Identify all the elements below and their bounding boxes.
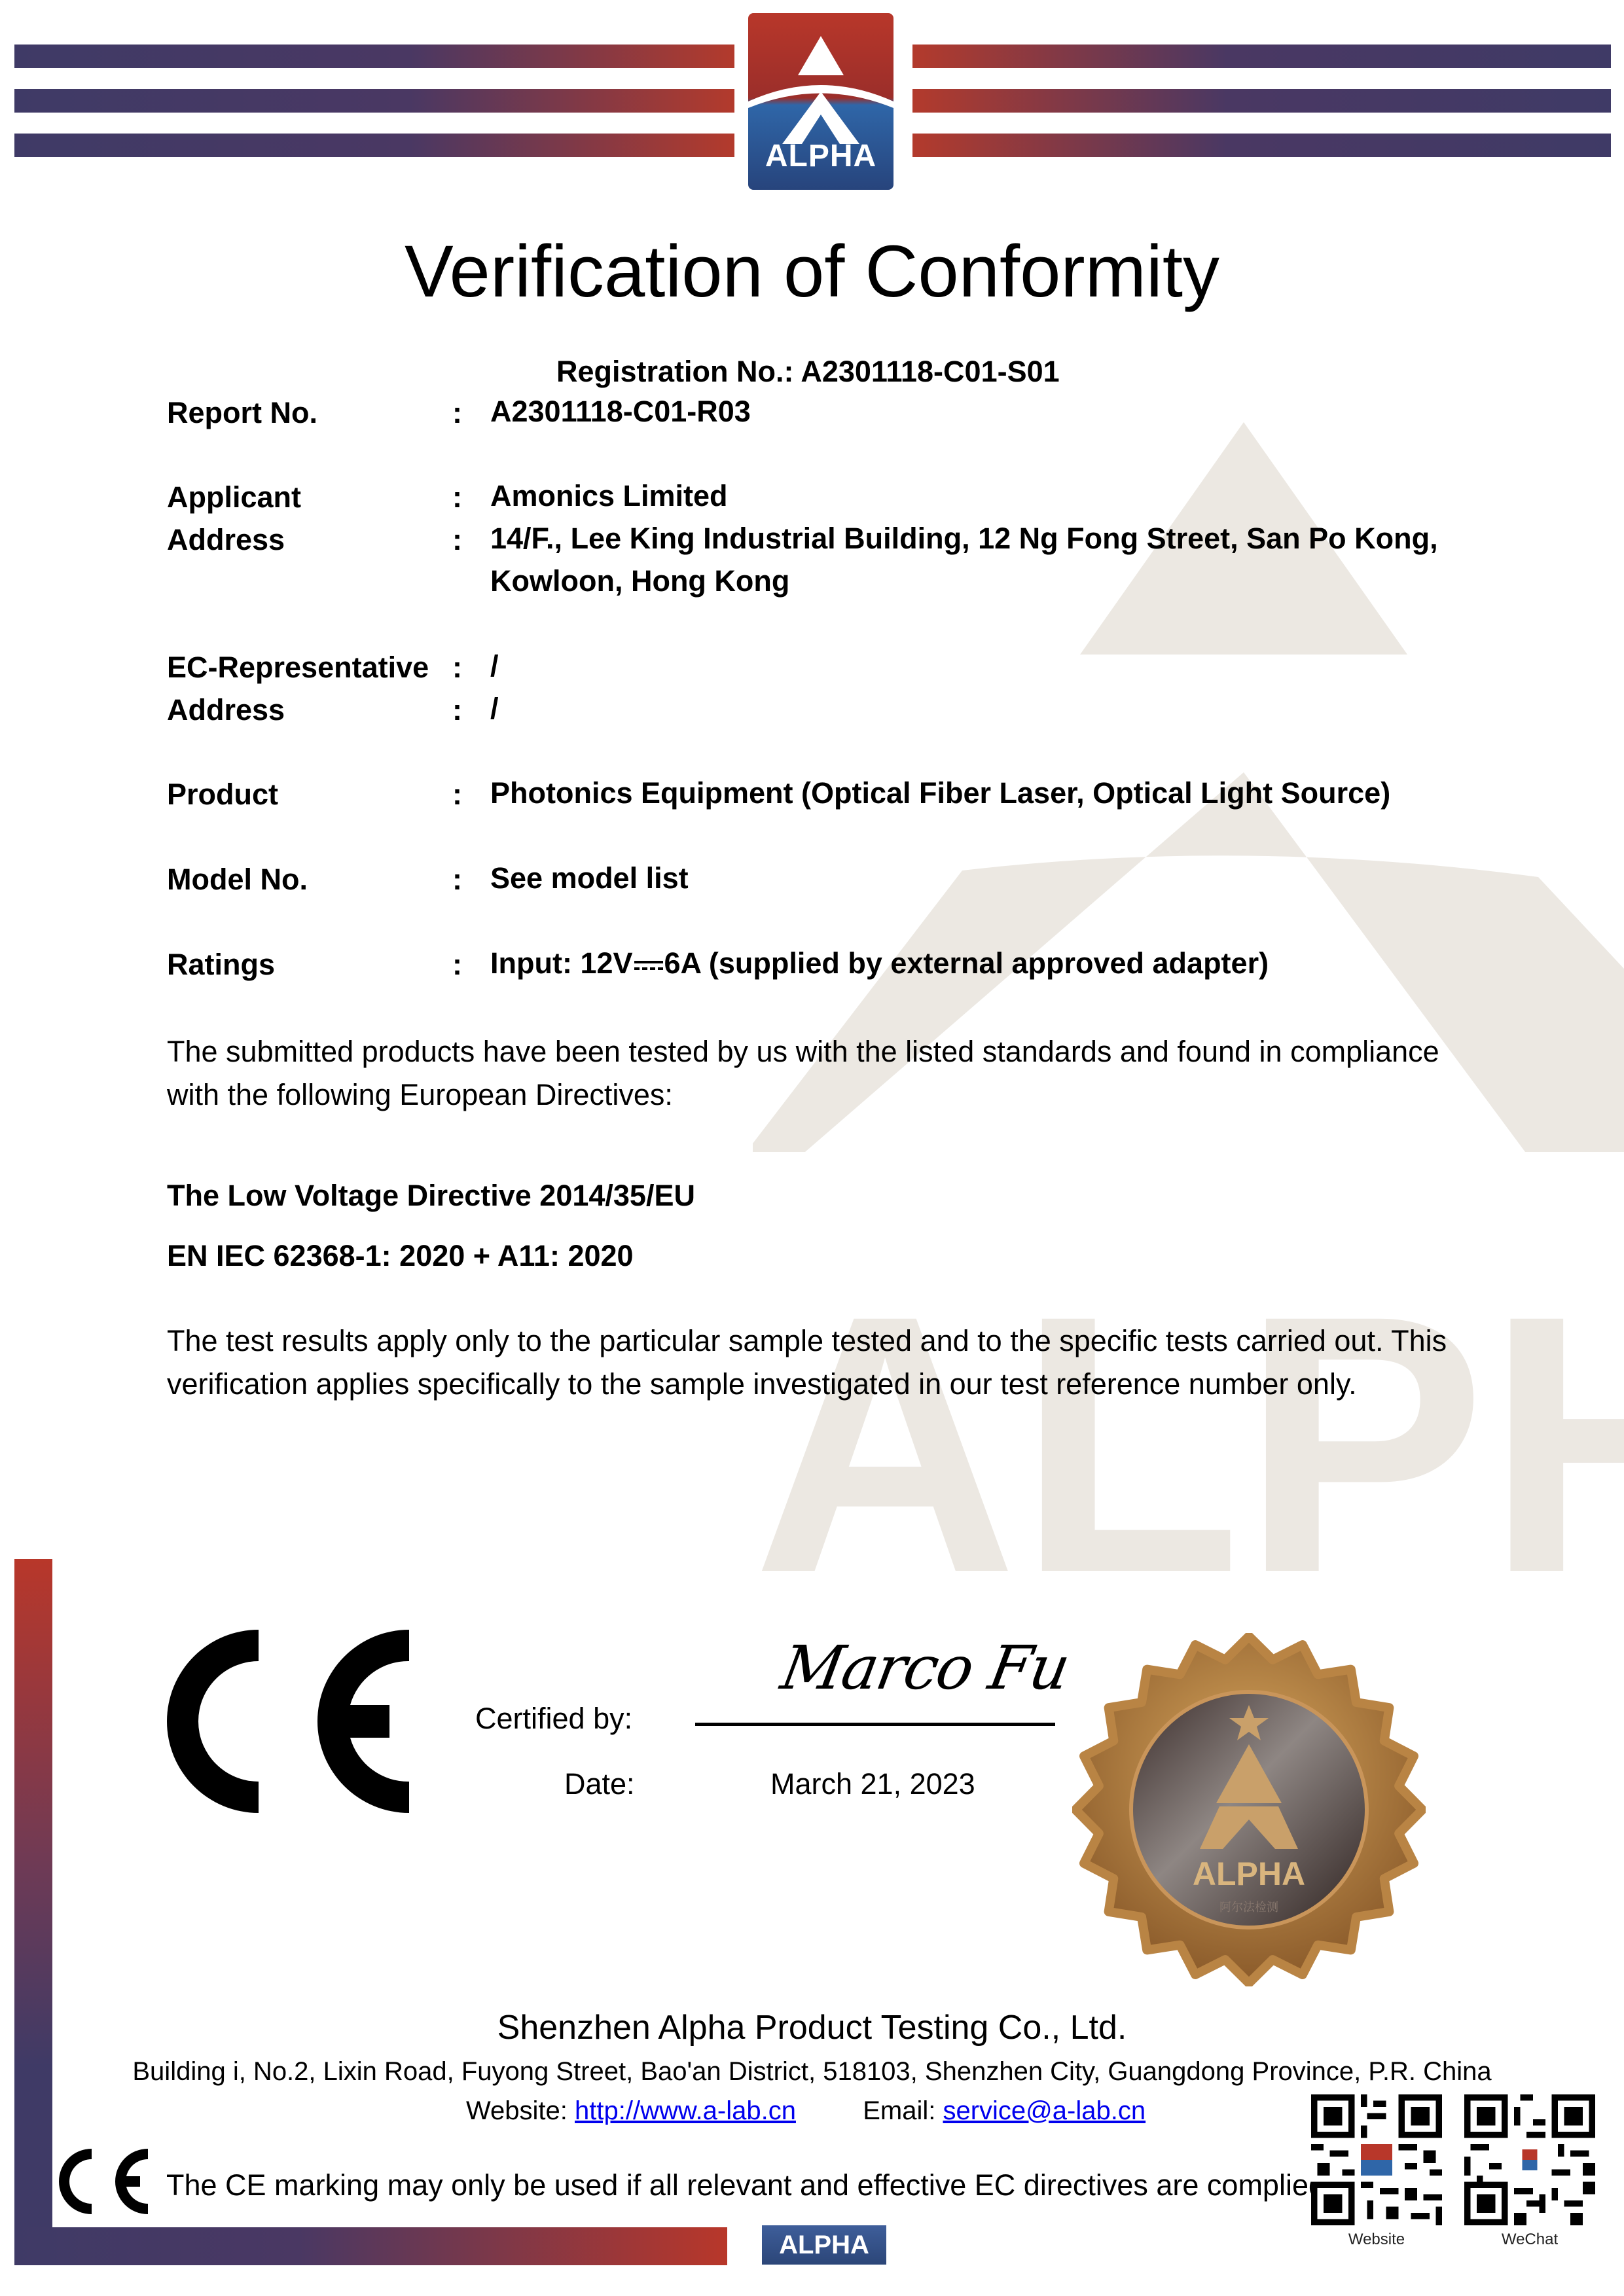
alpha-watermark: ALPHA [753, 393, 1624, 1636]
alpha-logo: ALPHA [748, 13, 893, 190]
field-colon: : [452, 693, 462, 727]
field-label: Ratings [167, 948, 275, 982]
header-stripe [912, 134, 1611, 157]
applicant-address-line2: Kowloon, Hong Kong [490, 560, 789, 602]
qr-website-caption: Website [1311, 2231, 1442, 2249]
header-stripe [14, 45, 734, 68]
ratings-suffix: 6A (supplied by external approved adapte… [664, 946, 1269, 980]
svg-text:阿尔法检测: 阿尔法检测 [1219, 1901, 1278, 1914]
signature-line [695, 1723, 1055, 1726]
model-value: See model list [490, 857, 689, 899]
certification-date: March 21, 2023 [770, 1767, 975, 1801]
website-link[interactable]: http://www.a-lab.cn [575, 2096, 796, 2125]
company-address: Building i, No.2, Lixin Road, Fuyong Str… [0, 2057, 1624, 2087]
signature: Marco Fu [776, 1633, 1074, 1703]
directive-name: The Low Voltage Directive 2014/35/EU [167, 1174, 1483, 1217]
certified-by-label: Certified by: [475, 1702, 632, 1736]
applicant-address-line1: 14/F., Lee King Industrial Building, 12 … [490, 517, 1438, 560]
website-qr-code[interactable] [1311, 2094, 1442, 2225]
field-colon: : [452, 651, 462, 685]
dc-current-icon [633, 956, 664, 975]
bottom-alpha-logo: ALPHA [762, 2225, 886, 2265]
email-label: Email: [863, 2096, 935, 2125]
ce-mark-small-icon [59, 2149, 151, 2214]
field-colon: : [452, 480, 462, 514]
ce-mark-icon [167, 1630, 416, 1813]
date-label: Date: [564, 1767, 635, 1801]
compliance-statement: The submitted products have been tested … [167, 1030, 1483, 1117]
report-number: A2301118-C01-R03 [490, 390, 751, 433]
header-stripe [912, 89, 1611, 113]
svg-text:ALPHA: ALPHA [1193, 1856, 1305, 1892]
ratings-prefix: Input: 12V [490, 946, 633, 980]
field-label: Address [167, 693, 285, 727]
field-label: Applicant [167, 480, 301, 514]
field-label: Report No. [167, 396, 317, 430]
decorative-bottom-bar [14, 2227, 727, 2265]
field-label: EC-Representative [167, 651, 429, 685]
website-label: Website: [466, 2096, 568, 2125]
field-label: Model No. [167, 863, 308, 897]
qr-wechat-caption: WeChat [1464, 2231, 1595, 2249]
product-value: Photonics Equipment (Optical Fiber Laser… [490, 772, 1390, 814]
field-colon: : [452, 863, 462, 897]
contact-line: Website: http://www.a-lab.cn Email: serv… [466, 2096, 1146, 2126]
ce-marking-note: The CE marking may only be used if all r… [166, 2168, 1394, 2202]
applicant-name: Amonics Limited [490, 475, 728, 517]
page-title: Verification of Conformity [0, 229, 1624, 314]
header-stripe [14, 89, 734, 113]
ec-address-value: / [490, 687, 499, 730]
field-colon: : [452, 778, 462, 812]
svg-text:ALPHA: ALPHA [753, 1239, 1624, 1636]
registration-number: Registration No.: A2301118-C01-S01 [556, 355, 1060, 389]
field-colon: : [452, 396, 462, 430]
logo-text: ALPHA [748, 138, 893, 174]
company-name: Shenzhen Alpha Product Testing Co., Ltd. [0, 2008, 1624, 2047]
disclaimer-text: The test results apply only to the parti… [167, 1319, 1483, 1406]
header-stripe [912, 45, 1611, 68]
ratings-value: Input: 12V6A (supplied by external appro… [490, 942, 1269, 984]
decorative-side-bar [14, 1559, 52, 2234]
field-colon: : [452, 948, 462, 982]
alpha-gold-seal: ALPHA 阿尔法检测 [1072, 1633, 1426, 1986]
standard-name: EN IEC 62368-1: 2020 + A11: 2020 [167, 1234, 1483, 1278]
email-link[interactable]: service@a-lab.cn [943, 2096, 1146, 2125]
field-colon: : [452, 523, 462, 557]
ec-representative-value: / [490, 645, 499, 687]
field-label: Address [167, 523, 285, 557]
header-stripe [14, 134, 734, 157]
field-label: Product [167, 778, 278, 812]
wechat-qr-code[interactable] [1464, 2094, 1595, 2225]
